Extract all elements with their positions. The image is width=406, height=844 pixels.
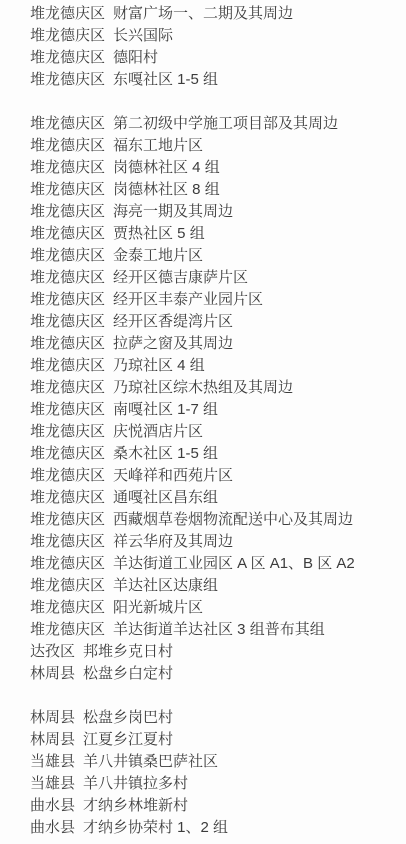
list-item: 曲水县才纳乡协荣村 1、2 组 [30,817,398,839]
area-label: 祥云华府及其周边 [113,531,233,553]
list-item: 堆龙德庆区西藏烟草卷烟物流配送中心及其周边 [30,509,398,531]
list-item: 当雄县羊八井镇拉多村 [30,773,398,795]
district-label: 林周县 [30,663,75,685]
district-label: 曲水县 [30,817,75,839]
list-item: 堆龙德庆区岗德林社区 8 组 [30,179,398,201]
area-label: 拉萨之窗及其周边 [113,333,233,355]
list-item: 堆龙德庆区羊达街道羊达社区 3 组普布其组 [30,619,398,641]
list-item: 林周县松盘乡岗巴村 [30,707,398,729]
district-label: 堆龙德庆区 [30,113,105,135]
district-label: 堆龙德庆区 [30,179,105,201]
area-label: 西藏烟草卷烟物流配送中心及其周边 [113,509,353,531]
list-item: 堆龙德庆区长兴国际 [30,25,398,47]
area-label: 邦堆乡克日村 [83,641,173,663]
list-item: 堆龙德庆区羊达街道工业园区 A 区 A1、B 区 A2 [30,553,398,575]
district-label: 堆龙德庆区 [30,135,105,157]
district-label: 堆龙德庆区 [30,465,105,487]
area-label: 金泰工地片区 [113,245,203,267]
area-group: 林周县松盘乡岗巴村 林周县江夏乡江夏村 当雄县羊八井镇桑巴萨社区 当雄县羊八井镇… [30,707,398,839]
area-label: 福东工地片区 [113,135,203,157]
area-label: 通嘎社区昌东组 [113,487,218,509]
district-label: 堆龙德庆区 [30,399,105,421]
list-item: 堆龙德庆区南嘎社区 1-7 组 [30,399,398,421]
list-item: 堆龙德庆区经开区香缇湾片区 [30,311,398,333]
area-label: 羊达街道羊达社区 3 组普布其组 [113,619,325,641]
list-item: 曲水县才纳乡林堆新村 [30,795,398,817]
district-label: 堆龙德庆区 [30,3,105,25]
district-label: 当雄县 [30,751,75,773]
district-label: 堆龙德庆区 [30,421,105,443]
district-label: 堆龙德庆区 [30,355,105,377]
district-label: 堆龙德庆区 [30,333,105,355]
area-label: 经开区香缇湾片区 [113,311,233,333]
area-label: 乃琼社区 4 组 [113,355,205,377]
area-label: 岗德林社区 4 组 [113,157,220,179]
area-label: 庆悦酒店片区 [113,421,203,443]
district-label: 堆龙德庆区 [30,531,105,553]
area-label: 东嘎社区 1-5 组 [113,69,218,91]
district-label: 堆龙德庆区 [30,47,105,69]
list-item: 堆龙德庆区乃琼社区 4 组 [30,355,398,377]
district-label: 堆龙德庆区 [30,443,105,465]
area-group: 堆龙德庆区财富广场一、二期及其周边 堆龙德庆区长兴国际 堆龙德庆区德阳村 堆龙德… [30,3,398,91]
list-item: 堆龙德庆区东嘎社区 1-5 组 [30,69,398,91]
district-label: 堆龙德庆区 [30,487,105,509]
list-item: 堆龙德庆区经开区丰泰产业园片区 [30,289,398,311]
district-label: 曲水县 [30,795,75,817]
list-item: 堆龙德庆区通嘎社区昌东组 [30,487,398,509]
area-label: 经开区德吉康萨片区 [113,267,248,289]
district-label: 达孜区 [30,641,75,663]
district-label: 堆龙德庆区 [30,311,105,333]
district-label: 堆龙德庆区 [30,597,105,619]
district-label: 堆龙德庆区 [30,553,105,575]
area-label: 岗德林社区 8 组 [113,179,220,201]
district-label: 堆龙德庆区 [30,267,105,289]
list-item: 堆龙德庆区德阳村 [30,47,398,69]
list-item: 达孜区邦堆乡克日村 [30,641,398,663]
list-item: 堆龙德庆区贾热社区 5 组 [30,223,398,245]
district-label: 堆龙德庆区 [30,157,105,179]
list-item: 堆龙德庆区桑木社区 1-5 组 [30,443,398,465]
area-label: 乃琼社区综木热组及其周边 [113,377,293,399]
district-label: 堆龙德庆区 [30,575,105,597]
area-label: 松盘乡白定村 [83,663,173,685]
district-label: 堆龙德庆区 [30,69,105,91]
list-item: 堆龙德庆区财富广场一、二期及其周边 [30,3,398,25]
district-label: 林周县 [30,707,75,729]
area-label: 阳光新城片区 [113,597,203,619]
area-label: 羊八井镇桑巴萨社区 [83,751,218,773]
district-label: 堆龙德庆区 [30,509,105,531]
area-label: 桑木社区 1-5 组 [113,443,218,465]
list-item: 堆龙德庆区金泰工地片区 [30,245,398,267]
list-item: 当雄县羊八井镇桑巴萨社区 [30,751,398,773]
list-item: 堆龙德庆区庆悦酒店片区 [30,421,398,443]
list-item: 林周县江夏乡江夏村 [30,729,398,751]
list-item: 堆龙德庆区海亮一期及其周边 [30,201,398,223]
district-label: 当雄县 [30,773,75,795]
list-item: 堆龙德庆区福东工地片区 [30,135,398,157]
list-item: 堆龙德庆区岗德林社区 4 组 [30,157,398,179]
area-label: 羊达街道工业园区 A 区 A1、B 区 A2 [113,553,355,575]
list-item: 堆龙德庆区天峰祥和西苑片区 [30,465,398,487]
list-item: 林周县松盘乡白定村 [30,663,398,685]
area-label: 松盘乡岗巴村 [83,707,173,729]
district-label: 堆龙德庆区 [30,377,105,399]
area-label: 财富广场一、二期及其周边 [113,3,293,25]
district-label: 堆龙德庆区 [30,619,105,641]
area-label: 才纳乡林堆新村 [83,795,188,817]
document-page: 堆龙德庆区财富广场一、二期及其周边 堆龙德庆区长兴国际 堆龙德庆区德阳村 堆龙德… [0,0,406,844]
area-label: 江夏乡江夏村 [83,729,173,751]
district-label: 堆龙德庆区 [30,289,105,311]
list-item: 堆龙德庆区祥云华府及其周边 [30,531,398,553]
area-list: 堆龙德庆区财富广场一、二期及其周边 堆龙德庆区长兴国际 堆龙德庆区德阳村 堆龙德… [30,3,398,839]
district-label: 林周县 [30,729,75,751]
area-label: 长兴国际 [113,25,173,47]
area-group: 堆龙德庆区第二初级中学施工项目部及其周边 堆龙德庆区福东工地片区 堆龙德庆区岗德… [30,113,398,685]
district-label: 堆龙德庆区 [30,25,105,47]
area-label: 第二初级中学施工项目部及其周边 [113,113,338,135]
area-label: 经开区丰泰产业园片区 [113,289,263,311]
list-item: 堆龙德庆区羊达社区达康组 [30,575,398,597]
area-label: 羊达社区达康组 [113,575,218,597]
area-label: 贾热社区 5 组 [113,223,205,245]
district-label: 堆龙德庆区 [30,223,105,245]
list-item: 堆龙德庆区拉萨之窗及其周边 [30,333,398,355]
area-label: 海亮一期及其周边 [113,201,233,223]
district-label: 堆龙德庆区 [30,245,105,267]
list-item: 堆龙德庆区乃琼社区综木热组及其周边 [30,377,398,399]
list-item: 堆龙德庆区阳光新城片区 [30,597,398,619]
area-label: 才纳乡协荣村 1、2 组 [83,817,228,839]
district-label: 堆龙德庆区 [30,201,105,223]
list-item: 堆龙德庆区经开区德吉康萨片区 [30,267,398,289]
area-label: 天峰祥和西苑片区 [113,465,233,487]
area-label: 南嘎社区 1-7 组 [113,399,218,421]
area-label: 羊八井镇拉多村 [83,773,188,795]
list-item: 堆龙德庆区第二初级中学施工项目部及其周边 [30,113,398,135]
area-label: 德阳村 [113,47,158,69]
